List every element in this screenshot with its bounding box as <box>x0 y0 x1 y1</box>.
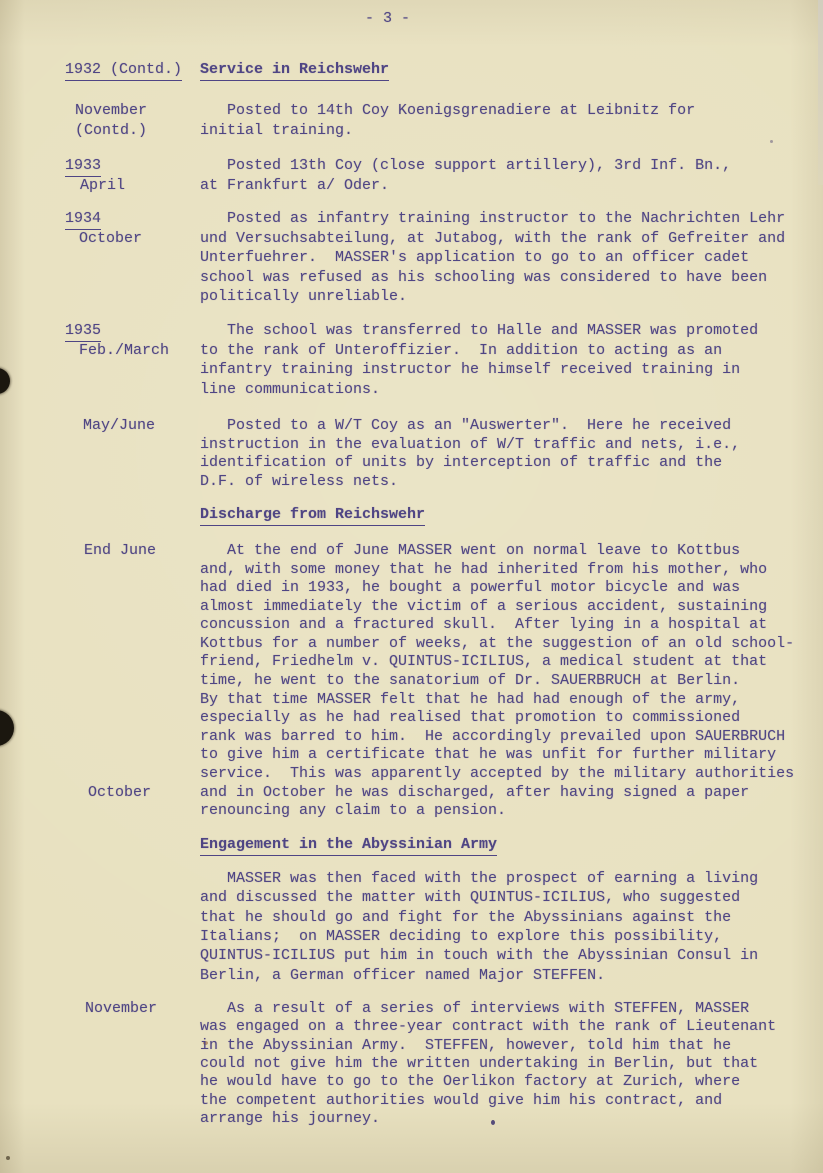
body-line: school was refused as his schooling was … <box>200 268 767 287</box>
body-line: initial training. <box>200 121 353 140</box>
body-line: and discussed the matter with QUINTUS-IC… <box>200 888 740 907</box>
hole-punch-mark <box>0 368 10 394</box>
body-line: identification of units by interception … <box>200 453 722 472</box>
margin-label: November <box>75 101 147 120</box>
body-line: QUINTUS-ICILIUS put him in touch with th… <box>200 946 758 965</box>
section-heading: Discharge from Reichswehr <box>200 505 425 526</box>
body-line: By that time MASSER felt that he had had… <box>200 690 740 709</box>
body-line: Posted 13th Coy (close support artillery… <box>227 156 731 175</box>
body-line: und Versuchsabteilung, at Jutabog, with … <box>200 229 785 248</box>
body-line: the competent authorities would give him… <box>200 1091 722 1110</box>
hole-punch-mark <box>0 710 14 746</box>
body-line: was engaged on a three-year contract wit… <box>200 1017 776 1036</box>
margin-label: Feb./March <box>79 341 169 360</box>
body-line: time, he went to the sanatorium of Dr. S… <box>200 671 740 690</box>
body-line: especially as he had realised that promo… <box>200 708 740 727</box>
margin-label: November <box>85 999 157 1018</box>
body-line: Italians; on MASSER deciding to explore … <box>200 927 722 946</box>
body-line: in the Abyssinian Army. STEFFEN, however… <box>200 1036 731 1055</box>
body-line: Posted to 14th Coy Koenigsgrenadiere at … <box>227 101 695 120</box>
body-line: As a result of a series of interviews wi… <box>227 999 749 1018</box>
margin-label: 1934 <box>65 209 101 230</box>
body-line: and, with some money that he had inherit… <box>200 560 767 579</box>
body-line: At the end of June MASSER went on normal… <box>227 541 740 560</box>
body-line: could not give him the written undertaki… <box>200 1054 758 1073</box>
body-line: had died in 1933, he bought a powerful m… <box>200 578 740 597</box>
body-line: infantry training instructor he himself … <box>200 360 740 379</box>
margin-label: October <box>88 783 151 802</box>
body-line: almost immediately the victim of a serio… <box>200 597 767 616</box>
margin-label: 1932 (Contd.) <box>65 60 182 81</box>
margin-label: End June <box>84 541 156 560</box>
body-line: he would have to go to the Oerlikon fact… <box>200 1072 740 1091</box>
body-line: politically unreliable. <box>200 287 407 306</box>
body-line: that he should go and fight for the Abys… <box>200 908 731 927</box>
body-line: The school was transferred to Halle and … <box>227 321 758 340</box>
body-line: Unterfuehrer. MASSER's application to go… <box>200 248 749 267</box>
margin-label: April <box>80 176 125 195</box>
body-line: service. This was apparently accepted by… <box>200 764 794 783</box>
body-line: renouncing any claim to a pension. <box>200 801 506 820</box>
body-line: line communications. <box>200 380 380 399</box>
paper-speck <box>491 1120 495 1125</box>
margin-label: October <box>79 229 142 248</box>
body-line: and in October he was discharged, after … <box>200 783 749 802</box>
body-line: to give him a certificate that he was un… <box>200 745 776 764</box>
body-line: friend, Friedhelm v. QUINTUS-ICILIUS, a … <box>200 652 767 671</box>
body-line: to the rank of Unteroffizier. In additio… <box>200 341 722 360</box>
body-line: at Frankfurt a/ Oder. <box>200 176 389 195</box>
section-heading: Service in Reichswehr <box>200 60 389 81</box>
body-line: arrange his journey. <box>200 1109 380 1128</box>
body-line: D.F. of wireless nets. <box>200 472 398 491</box>
body-line: rank was barred to him. He accordingly p… <box>200 727 785 746</box>
body-line: MASSER was then faced with the prospect … <box>227 869 758 888</box>
body-line: Berlin, a German officer named Major STE… <box>200 966 605 985</box>
margin-label: 1935 <box>65 321 101 342</box>
body-line: concussion and a fractured skull. After … <box>200 615 767 634</box>
document-page: - 3 - Service in Reichswehr1932 (Contd.)… <box>0 0 823 1173</box>
paper-speck <box>6 1156 10 1160</box>
body-line: Kottbus for a number of weeks, at the su… <box>200 634 794 653</box>
margin-label: 1933 <box>65 156 101 177</box>
margin-label: (Contd.) <box>75 121 147 140</box>
body-line: Posted as infantry training instructor t… <box>227 209 785 228</box>
page-number: - 3 - <box>365 9 410 28</box>
scan-edge <box>818 0 823 185</box>
body-line: Posted to a W/T Coy as an "Auswerter". H… <box>227 416 731 435</box>
margin-label: May/June <box>83 416 155 435</box>
body-line: instruction in the evaluation of W/T tra… <box>200 435 740 454</box>
paper-speck <box>770 140 773 143</box>
section-heading: Engagement in the Abyssinian Army <box>200 835 497 856</box>
